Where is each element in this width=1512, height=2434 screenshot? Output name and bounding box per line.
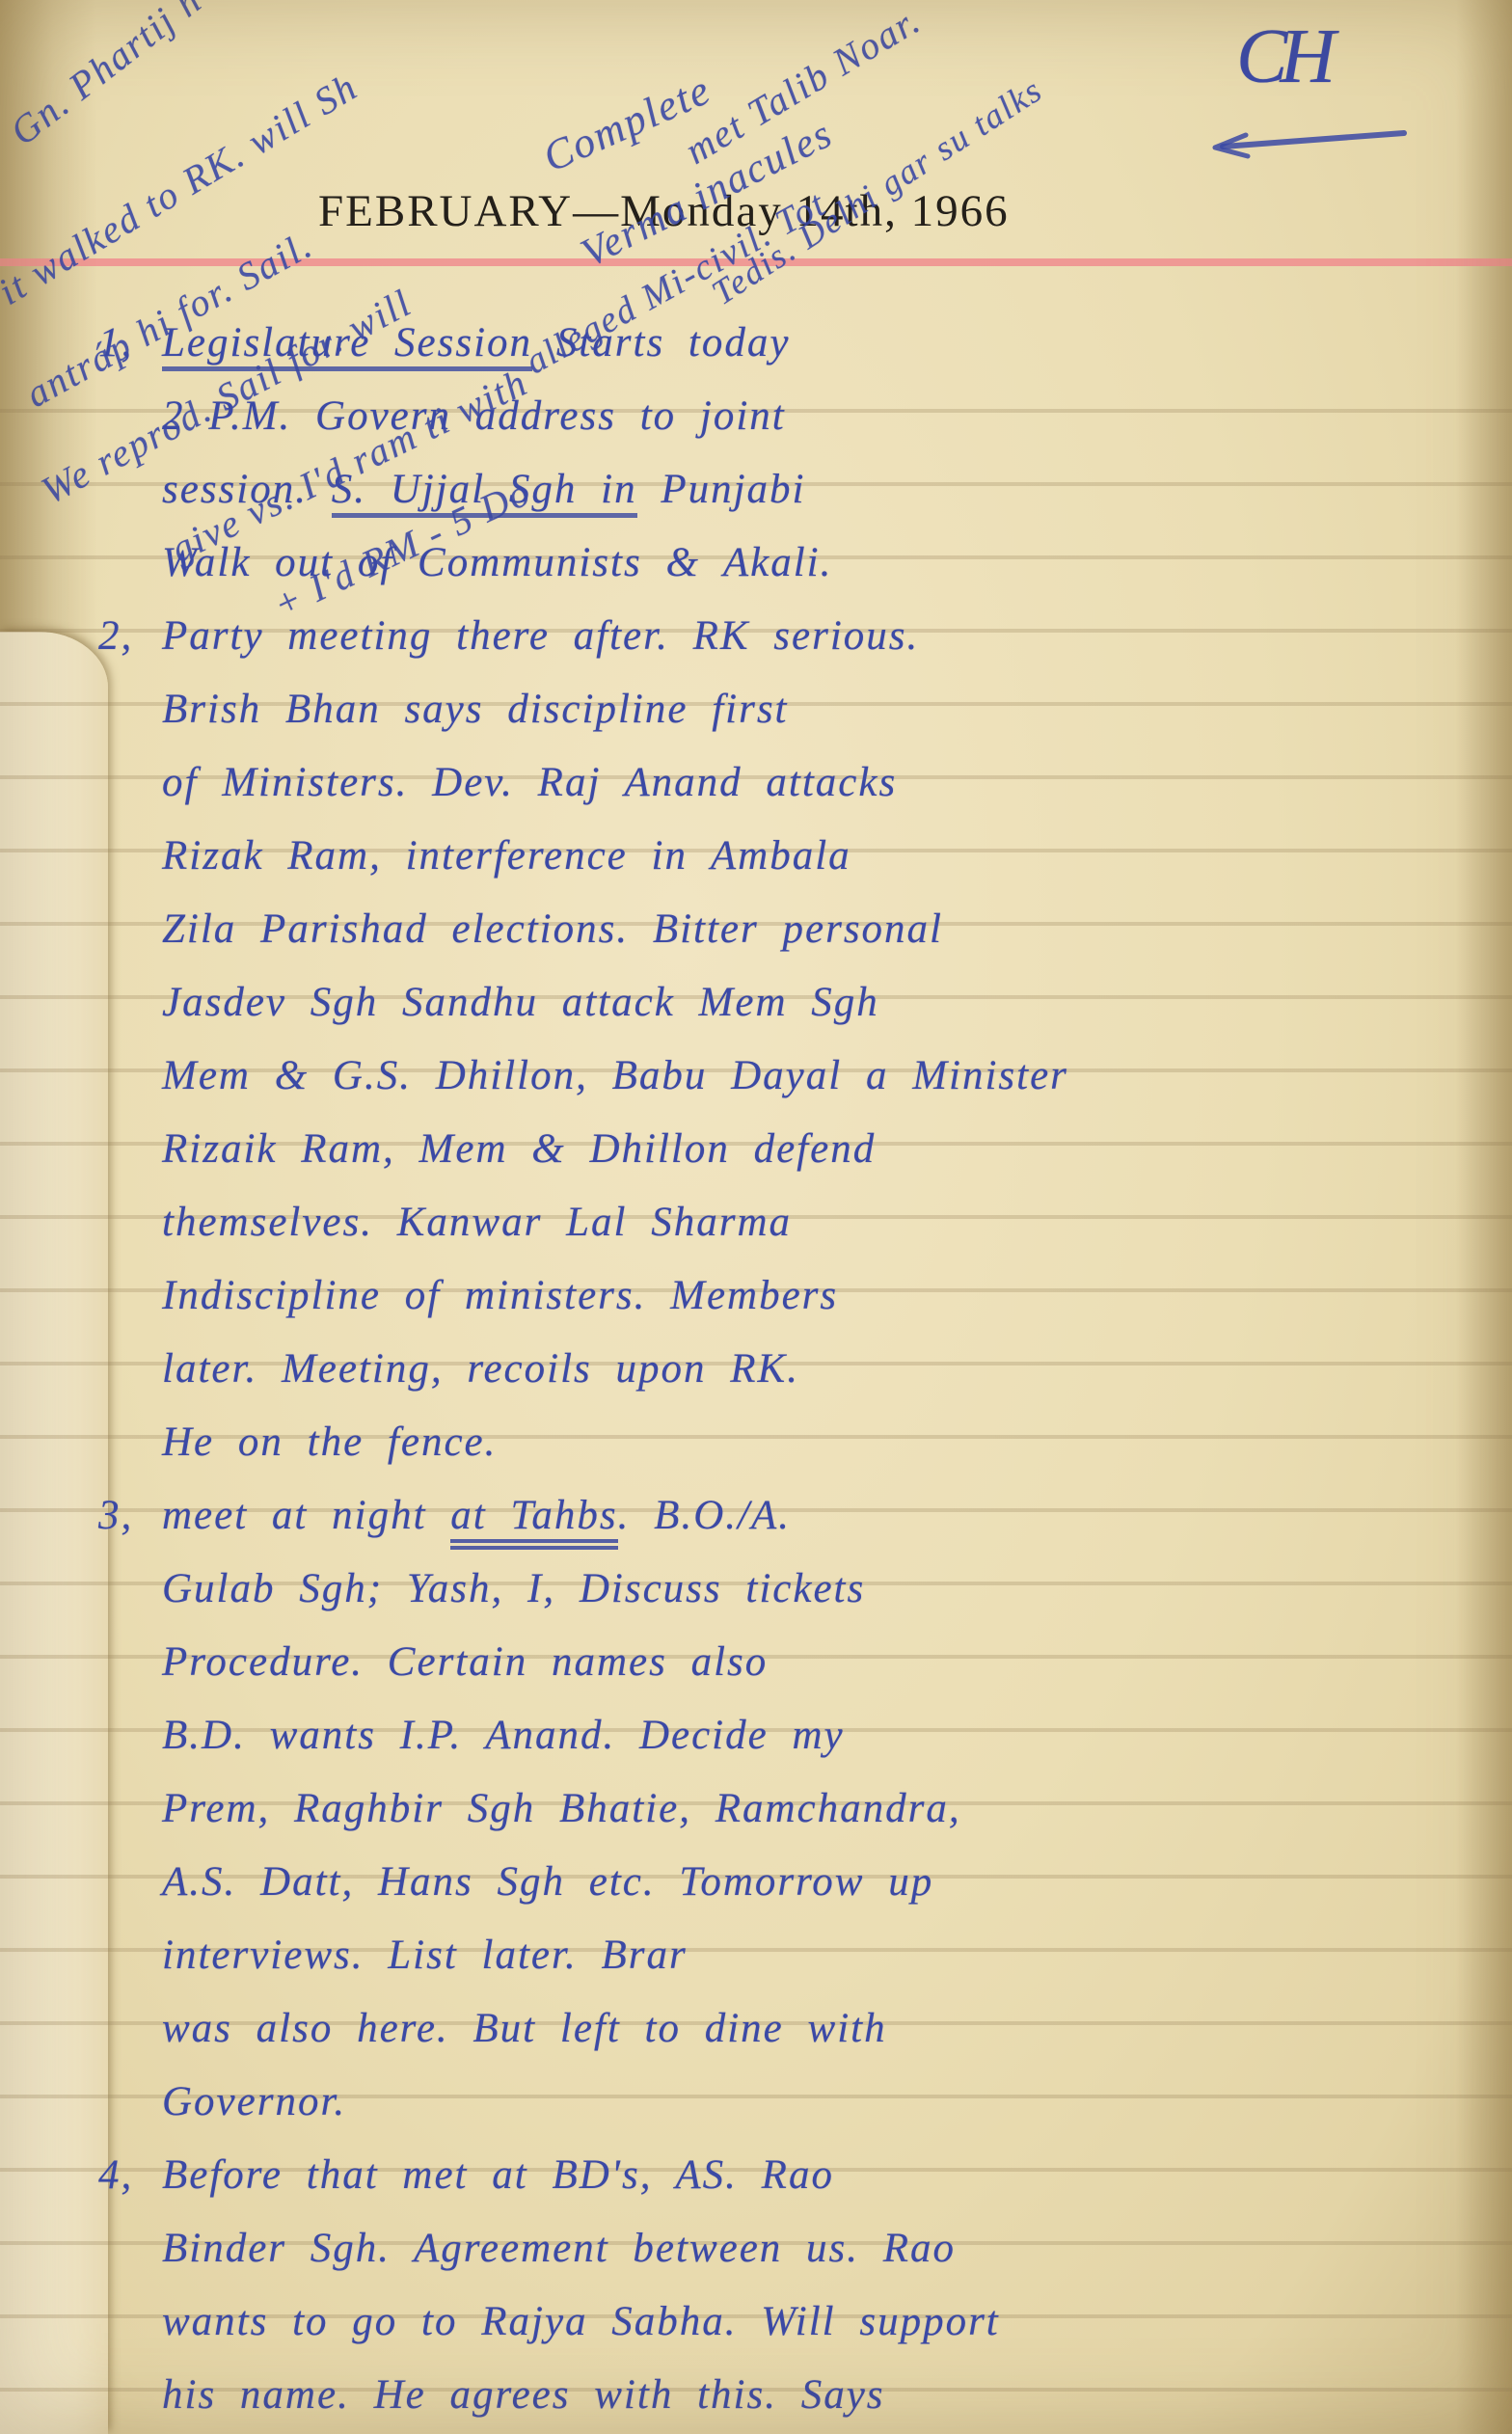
diary-text-segment: his name. He agrees with this. Says <box>162 2372 885 2418</box>
diary-line: 2,Party meeting there after. RK serious. <box>0 600 1504 673</box>
diary-line: Rizaik Ram, Mem & Dhillon defend <box>0 1113 1504 1186</box>
diary-line: his name. He agrees with this. Says <box>0 2359 1504 2432</box>
diary-text-segment: of Ministers. Dev. Raj Anand attacks <box>162 760 897 805</box>
diary-text-segment: He on the fence. <box>162 1420 497 1465</box>
diary-text-segment: Starts today <box>532 320 790 365</box>
diary-line: session. S. Ujjal Sgh in Punjabi <box>0 453 1504 527</box>
diary-text-segment: Indiscipline of ministers. Members <box>162 1273 838 1318</box>
diary-line: of Ministers. Dev. Raj Anand attacks <box>0 746 1504 820</box>
diary-text-segment: Governor. <box>162 2079 346 2124</box>
diary-line: interviews. List later. Brar <box>0 1919 1504 1992</box>
diary-line: A.S. Datt, Hans Sgh etc. Tomorrow up <box>0 1846 1504 1919</box>
diary-text-segment: wants to go to Rajya Sabha. Will support <box>162 2299 1000 2344</box>
diary-text-segment: Gulab Sgh; Yash, I, Discuss tickets <box>162 1566 865 1611</box>
diary-line: Indiscipline of ministers. Members <box>0 1259 1504 1333</box>
diary-line: Mem & G.S. Dhillon, Babu Dayal a Ministe… <box>0 1040 1504 1113</box>
diary-line: Gulab Sgh; Yash, I, Discuss tickets <box>0 1553 1504 1626</box>
item-number: 3, <box>98 1479 133 1553</box>
item-number: 2, <box>98 600 133 673</box>
diary-line: Jasdev Sgh Sandhu attack Mem Sgh <box>0 966 1504 1040</box>
diary-line: 3,meet at night at Tahbs. B.O./A. <box>0 1479 1504 1553</box>
diary-text-segment: 2 P.M. Govern address to joint <box>162 393 786 439</box>
diary-line: Walk out of Communists & Akali. <box>0 527 1504 600</box>
diary-line: 1,Legislature Session Starts today <box>0 307 1504 380</box>
ch-mark: CH <box>1236 14 1328 101</box>
diary-text-segment: Procedure. Certain names also <box>162 1639 768 1685</box>
diary-text-segment: Walk out of Communists & Akali. <box>162 540 832 585</box>
diary-page: FEBRUARY—Monday 14th, 1966 CH Gn. Pharti… <box>0 0 1512 2434</box>
diary-text-segment: Rizaik Ram, Mem & Dhillon defend <box>162 1126 876 1172</box>
diary-line: Procedure. Certain names also <box>0 1626 1504 1699</box>
diary-line: Zila Parishad elections. Bitter personal <box>0 893 1504 966</box>
diary-text-segment: meet at night <box>162 1493 450 1538</box>
diary-line: 2 P.M. Govern address to joint <box>0 380 1504 453</box>
diary-line: Binder Sgh. Agreement between us. Rao <box>0 2212 1504 2285</box>
diary-text-segment: B.D. wants I.P. Anand. Decide my <box>162 1713 845 1758</box>
diary-line: Governor. <box>0 2066 1504 2139</box>
diary-text-segment: S. Ujjal Sgh in <box>332 467 637 518</box>
diary-line: wants to go to Rajya Sabha. Will support <box>0 2285 1504 2359</box>
diary-text-segment: Before that met at BD's, AS. Rao <box>162 2152 834 2198</box>
ch-underline-arrow-icon <box>1203 120 1416 162</box>
diary-text-segment: Binder Sgh. Agreement between us. Rao <box>162 2226 956 2271</box>
diary-text-segment: interviews. List later. Brar <box>162 1933 688 1978</box>
item-number: 1, <box>98 307 133 380</box>
diary-body: 1,Legislature Session Starts today2 P.M.… <box>0 307 1504 2432</box>
diary-text-segment: Rizak Ram, interference in Ambala <box>162 833 851 879</box>
diary-text-segment: themselves. Kanwar Lal Sharma <box>162 1200 792 1245</box>
diary-text-segment: Legislature Session <box>162 320 532 371</box>
diary-text-segment: Party meeting there after. RK serious. <box>162 613 919 659</box>
diary-text-segment: at Tahbs <box>450 1493 617 1550</box>
diary-text-segment: session. <box>162 467 332 512</box>
diary-line: B.D. wants I.P. Anand. Decide my <box>0 1699 1504 1772</box>
diary-line: was also here. But left to dine with <box>0 1992 1504 2066</box>
diary-line: Rizak Ram, interference in Ambala <box>0 820 1504 893</box>
diary-text-segment: was also here. But left to dine with <box>162 2006 887 2051</box>
item-number: 4, <box>98 2139 133 2212</box>
diary-text-segment: later. Meeting, recoils upon RK. <box>162 1346 799 1392</box>
diary-line: He on the fence. <box>0 1406 1504 1479</box>
diary-text-segment: Prem, Raghbir Sgh Bhatie, Ramchandra, <box>162 1786 961 1831</box>
diary-text-segment: A.S. Datt, Hans Sgh etc. Tomorrow up <box>162 1859 933 1905</box>
diary-text-segment: . B.O./A. <box>618 1493 791 1538</box>
scribble-line: Complete <box>536 65 718 182</box>
diary-text-segment: Mem & G.S. Dhillon, Babu Dayal a Ministe… <box>162 1053 1068 1098</box>
diary-text-segment: Jasdev Sgh Sandhu attack Mem Sgh <box>162 980 879 1025</box>
diary-line: themselves. Kanwar Lal Sharma <box>0 1186 1504 1259</box>
diary-line: Brish Bhan says discipline first <box>0 673 1504 746</box>
diary-line: later. Meeting, recoils upon RK. <box>0 1333 1504 1406</box>
diary-text-segment: Punjabi <box>637 467 806 512</box>
diary-text-segment: Brish Bhan says discipline first <box>162 687 789 732</box>
diary-line: Prem, Raghbir Sgh Bhatie, Ramchandra, <box>0 1772 1504 1846</box>
diary-line: 4,Before that met at BD's, AS. Rao <box>0 2139 1504 2212</box>
diary-text-segment: Zila Parishad elections. Bitter personal <box>162 906 943 952</box>
